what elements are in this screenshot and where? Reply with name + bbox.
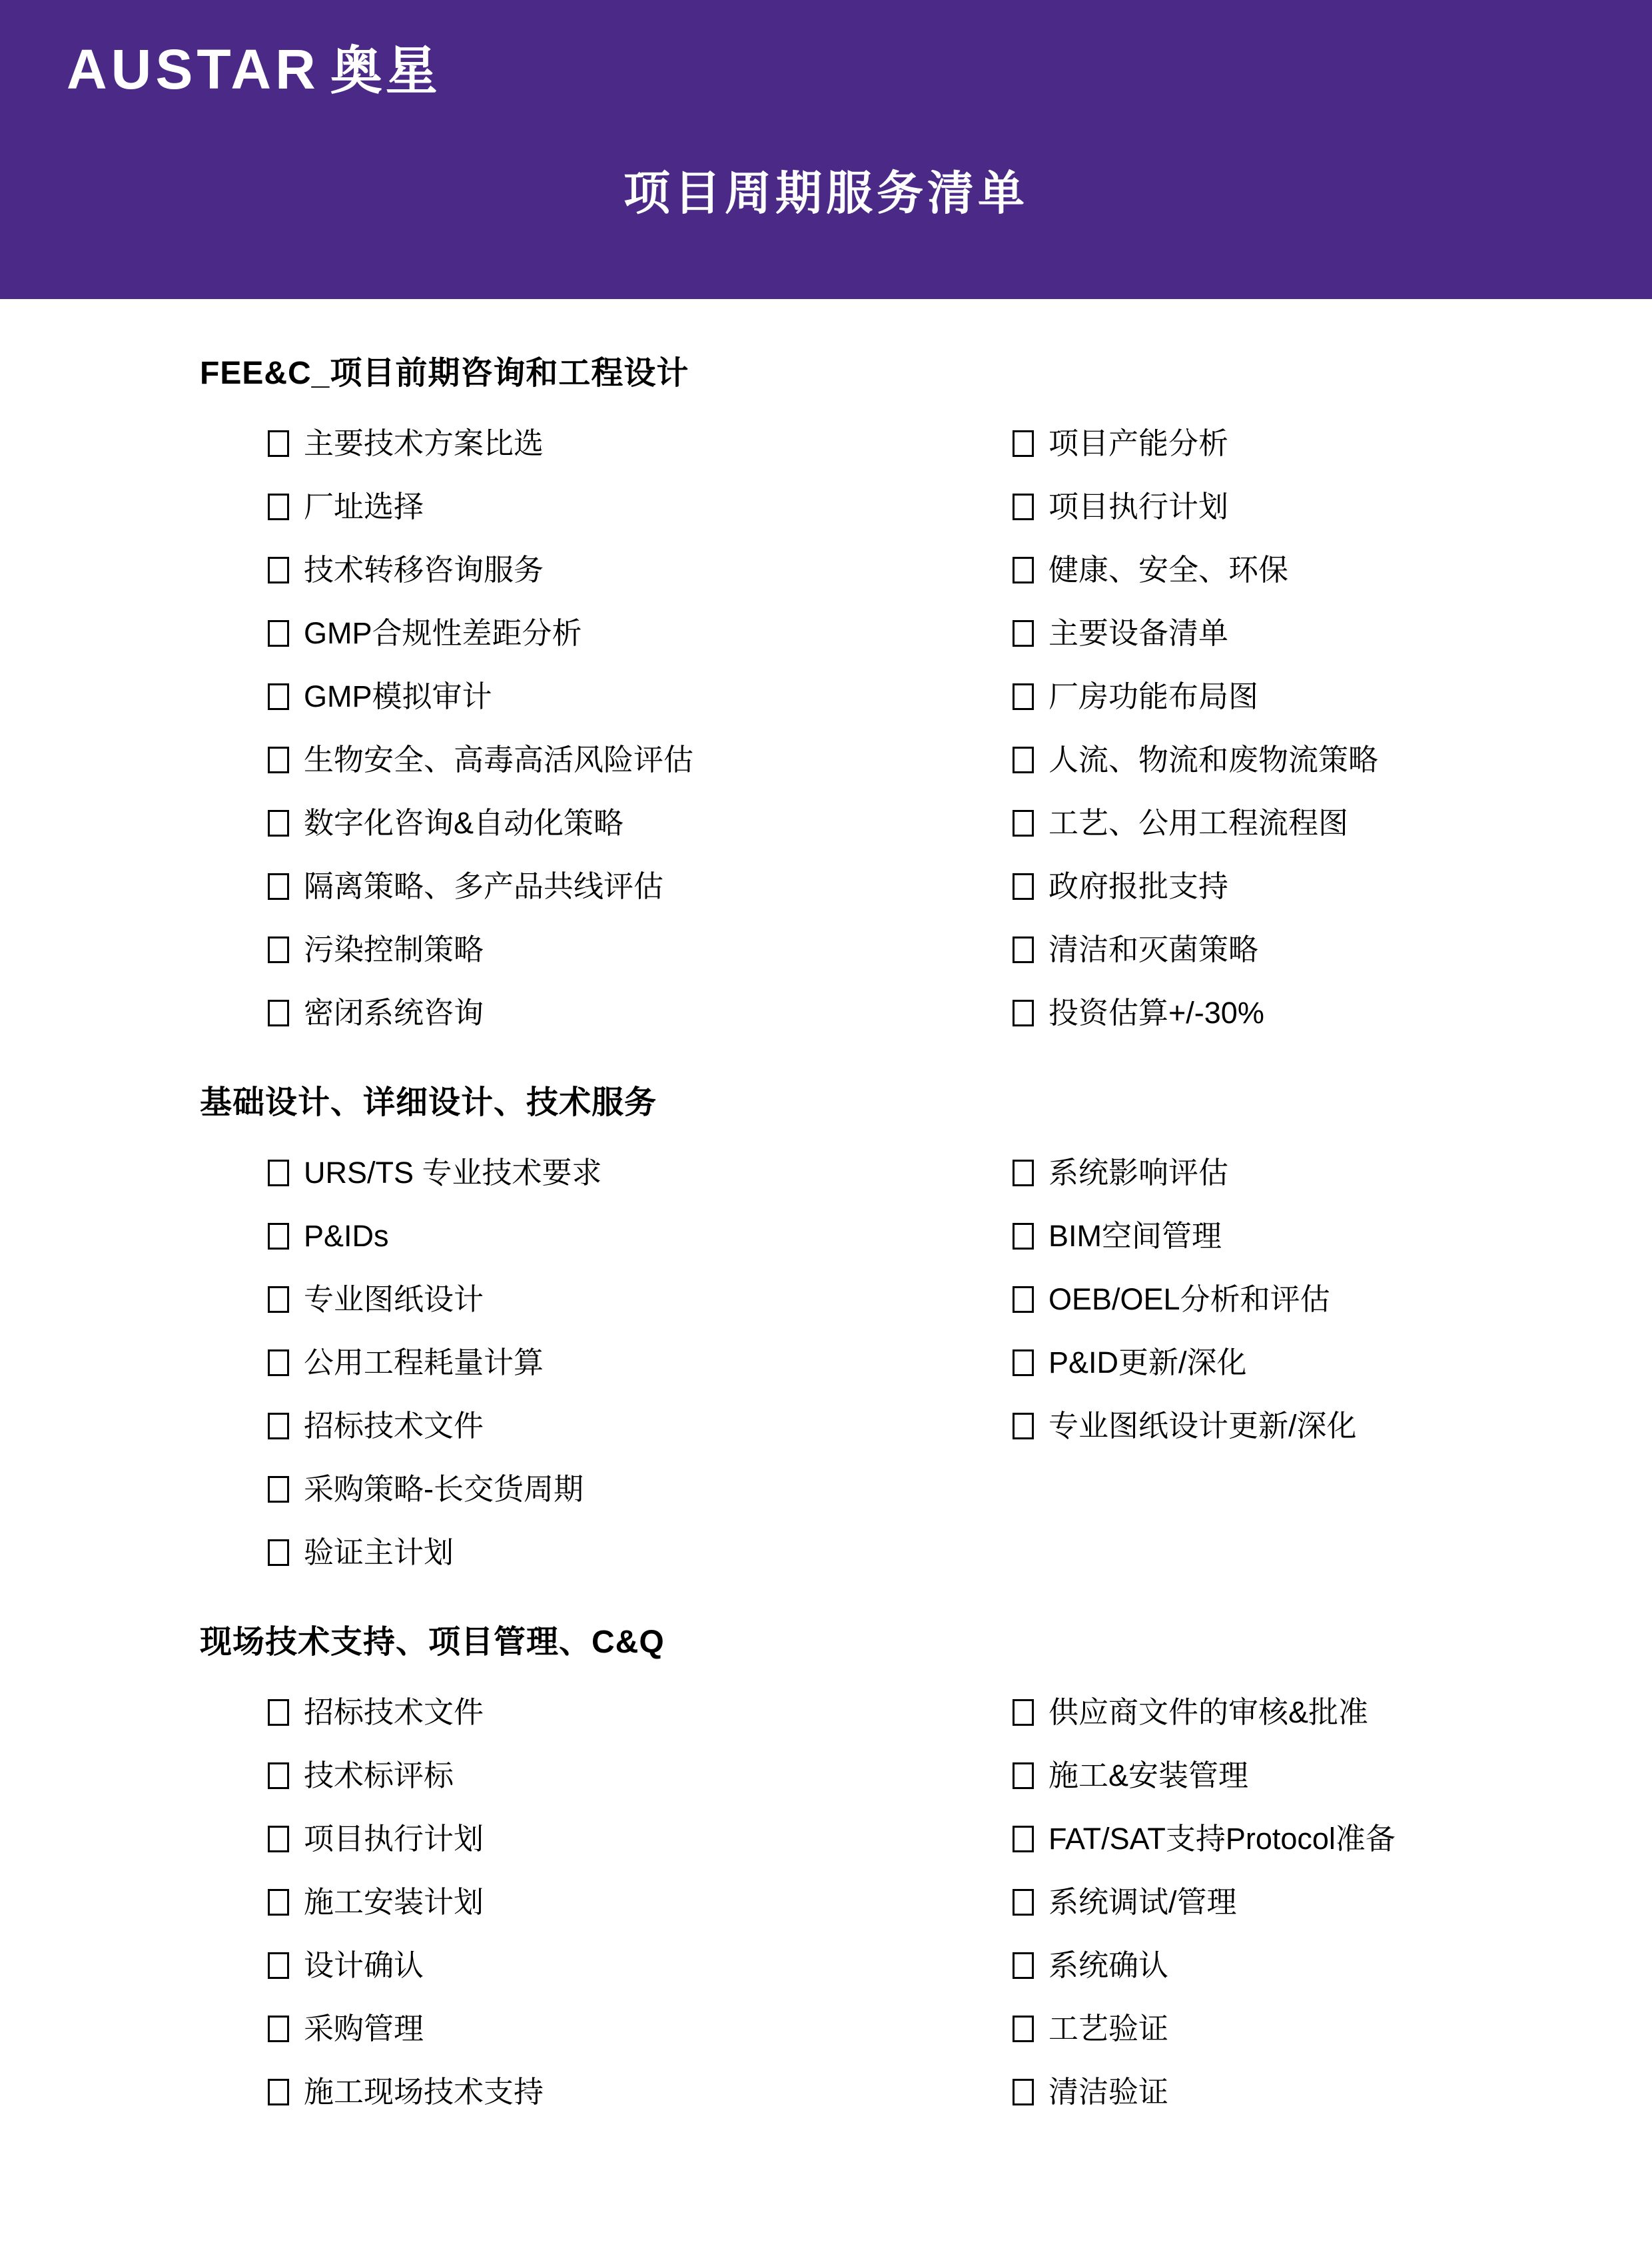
checkbox-unchecked[interactable] xyxy=(1013,810,1034,837)
checklist-item-label: FAT/SAT支持Protocol准备 xyxy=(1048,1822,1396,1856)
checklist-item-label: 施工&安装管理 xyxy=(1048,1759,1248,1792)
checkbox-unchecked[interactable] xyxy=(268,873,289,900)
checklist-item: 项目执行计划 xyxy=(268,1807,1013,1870)
checklist-item-label: 招标技术文件 xyxy=(304,1409,484,1443)
section-column-left: URS/TS 专业技术要求P&IDs专业图纸设计公用工程耗量计算招标技术文件采购… xyxy=(268,1141,1013,1584)
checklist-item: 采购管理 xyxy=(268,1997,1013,2060)
checklist-item: 数字化咨询&自动化策略 xyxy=(268,791,1013,855)
checklist-item-label: 项目执行计划 xyxy=(1048,490,1228,524)
checkbox-unchecked[interactable] xyxy=(268,620,289,647)
checkbox-unchecked[interactable] xyxy=(268,1000,289,1026)
checklist-item: 施工&安装管理 xyxy=(1013,1744,1652,1807)
checkbox-unchecked[interactable] xyxy=(1013,430,1034,457)
checklist-item-label: 数字化咨询&自动化策略 xyxy=(304,807,623,840)
checkbox-unchecked[interactable] xyxy=(1013,1889,1034,1916)
checklist-item-label: 密闭系统咨询 xyxy=(304,996,484,1030)
checklist-item: 厂房功能布局图 xyxy=(1013,665,1652,728)
checkbox-unchecked[interactable] xyxy=(268,1889,289,1916)
checklist-item-label: 人流、物流和废物流策略 xyxy=(1048,743,1378,777)
checklist-item: 专业图纸设计更新/深化 xyxy=(1013,1394,1652,1457)
checkbox-unchecked[interactable] xyxy=(268,494,289,520)
checklist-item-label: 技术标评标 xyxy=(304,1759,454,1792)
checklist-item-label: 技术转移咨询服务 xyxy=(304,554,544,587)
checklist-item-label: 工艺验证 xyxy=(1048,2012,1168,2046)
checkbox-unchecked[interactable] xyxy=(268,2079,289,2105)
checklist-item: 招标技术文件 xyxy=(268,1394,1013,1457)
checklist-item-label: 工艺、公用工程流程图 xyxy=(1048,807,1348,840)
checkbox-unchecked[interactable] xyxy=(1013,1413,1034,1439)
checkbox-unchecked[interactable] xyxy=(1013,1826,1034,1852)
checklist-item-label: 清洁和灭菌策略 xyxy=(1048,933,1258,966)
checklist-item-label: OEB/OEL分析和评估 xyxy=(1048,1283,1330,1316)
section: 基础设计、详细设计、技术服务URS/TS 专业技术要求P&IDs专业图纸设计公用… xyxy=(0,1084,1652,1584)
checkbox-unchecked[interactable] xyxy=(1013,1000,1034,1026)
checkbox-unchecked[interactable] xyxy=(1013,1699,1034,1726)
checklist-item-label: 生物安全、高毒高活风险评估 xyxy=(304,743,693,777)
checklist-item: GMP模拟审计 xyxy=(268,665,1013,728)
checklist-item: 施工现场技术支持 xyxy=(268,2060,1013,2123)
checklist-item: 招标技术文件 xyxy=(268,1681,1013,1744)
checkbox-unchecked[interactable] xyxy=(268,1699,289,1726)
checklist-item: 项目产能分析 xyxy=(1013,412,1652,475)
checklist-item: 系统影响评估 xyxy=(1013,1141,1652,1204)
section-columns: URS/TS 专业技术要求P&IDs专业图纸设计公用工程耗量计算招标技术文件采购… xyxy=(268,1141,1652,1584)
checklist-item-label: 主要设备清单 xyxy=(1048,617,1228,650)
checklist-item-label: 隔离策略、多产品共线评估 xyxy=(304,870,663,903)
checkbox-unchecked[interactable] xyxy=(1013,2016,1034,2042)
checkbox-unchecked[interactable] xyxy=(1013,1349,1034,1376)
checkbox-unchecked[interactable] xyxy=(268,936,289,963)
checklist-item: 污染控制策略 xyxy=(268,918,1013,981)
checkbox-unchecked[interactable] xyxy=(1013,1952,1034,1979)
checkbox-unchecked[interactable] xyxy=(268,430,289,457)
checklist-item-label: 招标技术文件 xyxy=(304,1696,484,1729)
checklist-item: 工艺、公用工程流程图 xyxy=(1013,791,1652,855)
section-column-right: 供应商文件的审核&批准施工&安装管理FAT/SAT支持Protocol准备系统调… xyxy=(1013,1681,1652,2123)
checkbox-unchecked[interactable] xyxy=(1013,683,1034,710)
checkbox-unchecked[interactable] xyxy=(268,747,289,773)
checkbox-unchecked[interactable] xyxy=(1013,1762,1034,1789)
checklist-item: 系统调试/管理 xyxy=(1013,1870,1652,1934)
checkbox-unchecked[interactable] xyxy=(268,1286,289,1313)
checklist-item: 清洁和灭菌策略 xyxy=(1013,918,1652,981)
checkbox-unchecked[interactable] xyxy=(268,683,289,710)
checklist-item: 采购策略-长交货周期 xyxy=(268,1457,1013,1521)
checkbox-unchecked[interactable] xyxy=(1013,936,1034,963)
checklist-item: P&IDs xyxy=(268,1204,1013,1268)
checklist-item-label: 政府报批支持 xyxy=(1048,870,1228,903)
checklist-item-label: 施工安装计划 xyxy=(304,1886,484,1919)
page-title: 项目周期服务清单 xyxy=(0,168,1652,219)
section-columns: 招标技术文件技术标评标项目执行计划施工安装计划设计确认采购管理施工现场技术支持供… xyxy=(268,1681,1652,2123)
checkbox-unchecked[interactable] xyxy=(268,1223,289,1250)
checklist-item: 技术标评标 xyxy=(268,1744,1013,1807)
checklist-item: 健康、安全、环保 xyxy=(1013,538,1652,601)
section-columns: 主要技术方案比选厂址选择技术转移咨询服务GMP合规性差距分析GMP模拟审计生物安… xyxy=(268,412,1652,1044)
checklist-item-label: 设计确认 xyxy=(304,1949,424,1982)
checkbox-unchecked[interactable] xyxy=(1013,747,1034,773)
checklist-item: 厂址选择 xyxy=(268,475,1013,538)
checkbox-unchecked[interactable] xyxy=(268,1349,289,1376)
document-page: AUSTAR 奥星 项目周期服务清单 FEE&C_项目前期咨询和工程设计主要技术… xyxy=(0,0,1652,2242)
section-column-right: 项目产能分析项目执行计划健康、安全、环保主要设备清单厂房功能布局图人流、物流和废… xyxy=(1013,412,1652,1044)
checklist-item-label: 系统调试/管理 xyxy=(1048,1886,1237,1919)
austar-logo-cjk: 奥星 xyxy=(330,45,441,97)
checklist-content: FEE&C_项目前期咨询和工程设计主要技术方案比选厂址选择技术转移咨询服务GMP… xyxy=(0,299,1652,2123)
checklist-item-label: 验证主计划 xyxy=(304,1536,454,1569)
checklist-item: 公用工程耗量计算 xyxy=(268,1331,1013,1394)
checkbox-unchecked[interactable] xyxy=(268,1160,289,1186)
checklist-item: 隔离策略、多产品共线评估 xyxy=(268,855,1013,918)
checklist-item-label: 投资估算+/-30% xyxy=(1048,996,1264,1030)
checklist-item-label: 项目产能分析 xyxy=(1048,427,1228,460)
checklist-item: 政府报批支持 xyxy=(1013,855,1652,918)
checklist-item: BIM空间管理 xyxy=(1013,1204,1652,1268)
checklist-item-label: P&ID更新/深化 xyxy=(1048,1346,1247,1379)
checkbox-unchecked[interactable] xyxy=(1013,494,1034,520)
checkbox-unchecked[interactable] xyxy=(268,810,289,837)
checklist-item: GMP合规性差距分析 xyxy=(268,601,1013,665)
checkbox-unchecked[interactable] xyxy=(268,1539,289,1566)
section: 现场技术支持、项目管理、C&Q招标技术文件技术标评标项目执行计划施工安装计划设计… xyxy=(0,1624,1652,2123)
section-heading: 基础设计、详细设计、技术服务 xyxy=(200,1084,1652,1121)
checklist-item: 系统确认 xyxy=(1013,1934,1652,1997)
checklist-item: 清洁验证 xyxy=(1013,2060,1652,2123)
checklist-item-label: 专业图纸设计更新/深化 xyxy=(1048,1409,1357,1443)
section-heading: 现场技术支持、项目管理、C&Q xyxy=(200,1624,1652,1661)
header-banner: AUSTAR 奥星 项目周期服务清单 xyxy=(0,0,1652,299)
checklist-item-label: 系统影响评估 xyxy=(1048,1156,1228,1190)
checklist-item: 人流、物流和废物流策略 xyxy=(1013,728,1652,791)
checklist-item-label: 采购策略-长交货周期 xyxy=(304,1473,584,1506)
checklist-item-label: 采购管理 xyxy=(304,2012,424,2046)
section-column-left: 招标技术文件技术标评标项目执行计划施工安装计划设计确认采购管理施工现场技术支持 xyxy=(268,1681,1013,2123)
checkbox-unchecked[interactable] xyxy=(1013,2079,1034,2105)
checklist-item: 设计确认 xyxy=(268,1934,1013,1997)
checklist-item: P&ID更新/深化 xyxy=(1013,1331,1652,1394)
section: FEE&C_项目前期咨询和工程设计主要技术方案比选厂址选择技术转移咨询服务GMP… xyxy=(0,355,1652,1044)
checklist-item-label: GMP合规性差距分析 xyxy=(304,617,582,650)
checkbox-unchecked[interactable] xyxy=(1013,1160,1034,1186)
checklist-item: 供应商文件的审核&批准 xyxy=(1013,1681,1652,1744)
checkbox-unchecked[interactable] xyxy=(1013,1286,1034,1313)
checklist-item-label: 厂房功能布局图 xyxy=(1048,680,1258,713)
checkbox-unchecked[interactable] xyxy=(268,2016,289,2042)
checklist-item-label: 清洁验证 xyxy=(1048,2075,1168,2109)
checkbox-unchecked[interactable] xyxy=(1013,557,1034,583)
checklist-item-label: 公用工程耗量计算 xyxy=(304,1346,544,1379)
checklist-item: 密闭系统咨询 xyxy=(268,981,1013,1044)
checkbox-unchecked[interactable] xyxy=(1013,873,1034,900)
checklist-item-label: URS/TS 专业技术要求 xyxy=(304,1156,602,1190)
checkbox-unchecked[interactable] xyxy=(268,1476,289,1503)
checklist-item: 专业图纸设计 xyxy=(268,1268,1013,1331)
checkbox-unchecked[interactable] xyxy=(1013,620,1034,647)
section-column-left: 主要技术方案比选厂址选择技术转移咨询服务GMP合规性差距分析GMP模拟审计生物安… xyxy=(268,412,1013,1044)
checklist-item-label: 主要技术方案比选 xyxy=(304,427,544,460)
checklist-item: 技术转移咨询服务 xyxy=(268,538,1013,601)
checkbox-unchecked[interactable] xyxy=(268,1826,289,1852)
checklist-item-label: 供应商文件的审核&批准 xyxy=(1048,1696,1368,1729)
checklist-item: 主要设备清单 xyxy=(1013,601,1652,665)
checkbox-unchecked[interactable] xyxy=(268,1762,289,1789)
checklist-item-label: 健康、安全、环保 xyxy=(1048,554,1288,587)
checkbox-unchecked[interactable] xyxy=(268,557,289,583)
checklist-item: 项目执行计划 xyxy=(1013,475,1652,538)
checklist-item: 主要技术方案比选 xyxy=(268,412,1013,475)
checklist-item-label: 系统确认 xyxy=(1048,1949,1168,1982)
checklist-item-label: GMP模拟审计 xyxy=(304,680,492,713)
checklist-item: URS/TS 专业技术要求 xyxy=(268,1141,1013,1204)
austar-logo: AUSTAR 奥星 xyxy=(67,41,441,97)
checklist-item: 工艺验证 xyxy=(1013,1997,1652,2060)
checklist-item: 施工安装计划 xyxy=(268,1870,1013,1934)
austar-logo-latin: AUSTAR xyxy=(67,41,320,97)
section-column-right: 系统影响评估BIM空间管理OEB/OEL分析和评估P&ID更新/深化专业图纸设计… xyxy=(1013,1141,1652,1584)
checklist-item-label: 项目执行计划 xyxy=(304,1822,484,1856)
checklist-item: 生物安全、高毒高活风险评估 xyxy=(268,728,1013,791)
checklist-item: 验证主计划 xyxy=(268,1521,1013,1584)
checklist-item-label: 施工现场技术支持 xyxy=(304,2075,544,2109)
checkbox-unchecked[interactable] xyxy=(1013,1223,1034,1250)
checklist-item-label: 专业图纸设计 xyxy=(304,1283,484,1316)
checklist-item-label: 厂址选择 xyxy=(304,490,424,524)
section-heading: FEE&C_项目前期咨询和工程设计 xyxy=(200,355,1652,392)
checkbox-unchecked[interactable] xyxy=(268,1413,289,1439)
checklist-item: OEB/OEL分析和评估 xyxy=(1013,1268,1652,1331)
checklist-item: 投资估算+/-30% xyxy=(1013,981,1652,1044)
checklist-item-label: BIM空间管理 xyxy=(1048,1220,1222,1253)
checklist-item-label: 污染控制策略 xyxy=(304,933,484,966)
checklist-item: FAT/SAT支持Protocol准备 xyxy=(1013,1807,1652,1870)
checklist-item-label: P&IDs xyxy=(304,1220,389,1253)
checkbox-unchecked[interactable] xyxy=(268,1952,289,1979)
